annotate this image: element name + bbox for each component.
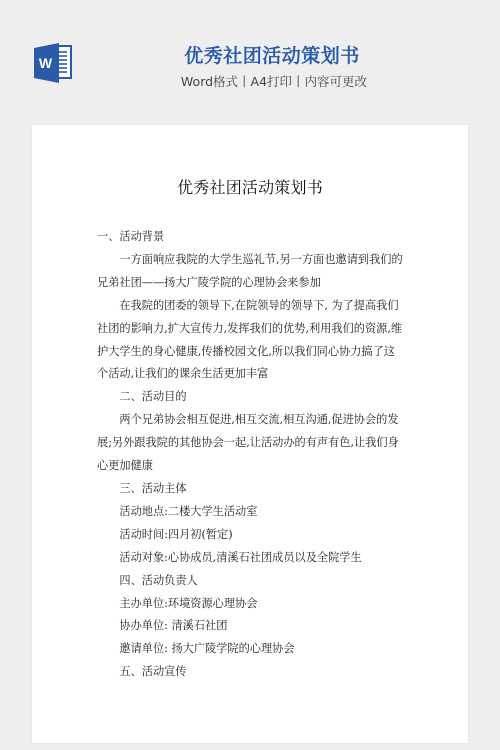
paragraph: 两个兄弟协会相互促进,相互交流,相互沟通,促进协会的发展;另外跟我院的其他协会一… — [97, 409, 403, 478]
paragraph: 在我院的团委的领导下,在院领导的领导下, 为了提高我们社团的影响力,扩大宣传力,… — [97, 295, 403, 387]
document-body: 一、活动背景 一方面响应我院的大学生巡礼节,另一方面也邀请到我们的兄弟社团——扬… — [97, 226, 403, 684]
section-heading-organizers: 四、活动负责人 — [97, 570, 403, 593]
host-unit: 主办单位:环境资源心理协会 — [97, 593, 403, 616]
co-host-unit: 协办单位: 清溪石社团 — [97, 615, 403, 638]
section-heading-purpose: 二、活动目的 — [97, 386, 403, 409]
section-heading-publicity: 五、活动宣传 — [97, 661, 403, 684]
header-subtitle: Word格式丨A4打印丨内容可更改 — [0, 73, 500, 91]
header-title: 优秀社团活动策划书 — [0, 44, 500, 68]
section-heading-subject: 三、活动主体 — [97, 478, 403, 501]
activity-audience: 活动对象:心协成员,清溪石社团成员以及全院学生 — [97, 547, 403, 570]
activity-location: 活动地点:二楼大学生活动室 — [97, 501, 403, 524]
activity-time: 活动时间:四月初(暂定) — [97, 524, 403, 547]
section-heading-background: 一、活动背景 — [97, 226, 403, 249]
invited-unit: 邀请单位: 扬大广陵学院的心理协会 — [97, 638, 403, 661]
document-title: 优秀社团活动策划书 — [0, 176, 500, 200]
paragraph: 一方面响应我院的大学生巡礼节,另一方面也邀请到我们的兄弟社团——扬大广陵学院的心… — [97, 249, 403, 295]
